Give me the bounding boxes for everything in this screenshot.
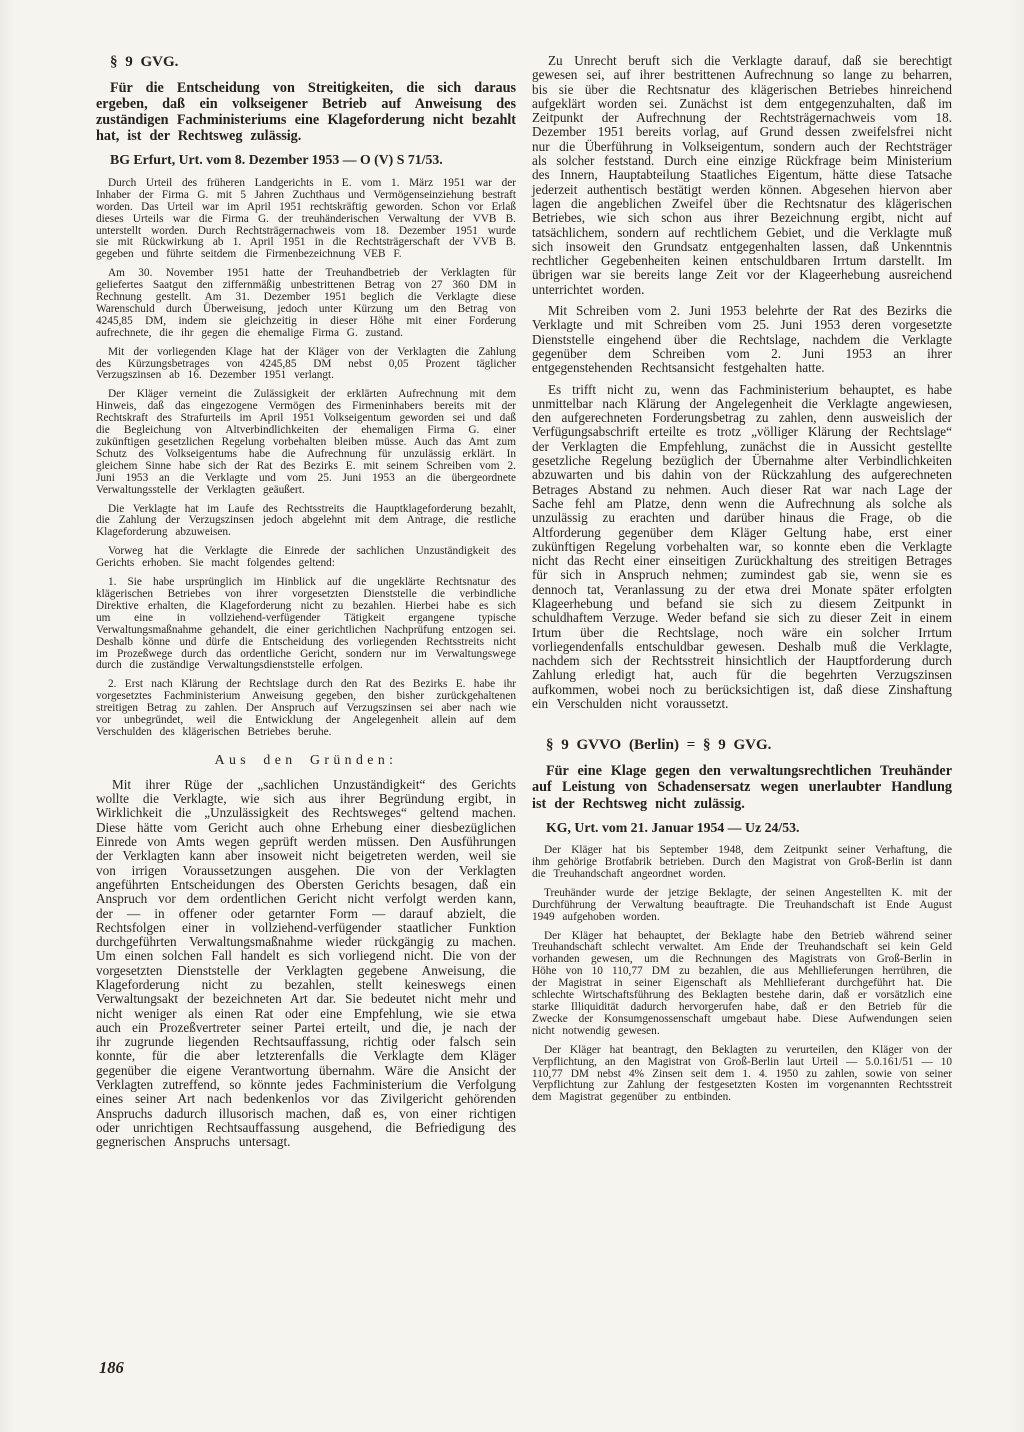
headnote-gvg: Für die Entscheidung von Streitigkeiten,… [96,80,516,144]
right-column: Zu Unrecht beruft sich die Verklagte dar… [532,54,952,1111]
reasons-continuation-block: Zu Unrecht beruft sich die Verklagte dar… [532,54,952,711]
reasons-paragraph: Mit ihrer Rüge der „sachlichen Unzuständ… [96,778,516,1150]
facts-paragraph: Der Kläger hat behauptet, der Beklagte h… [532,931,952,1038]
facts-paragraph: Der Kläger verneint die Zulässigkeit der… [96,389,516,496]
left-column: § 9 GVG. Für die Entscheidung von Streit… [96,54,516,1157]
facts-paragraph: Die Verklagte hat im Laufe des Rechtsstr… [96,504,516,540]
case-citation-kg: KG, Urt. vom 21. Januar 1954 — Uz 24/53. [532,820,952,836]
journal-page: § 9 GVG. Für die Entscheidung von Streit… [0,0,1024,1432]
facts-paragraph: Am 30. November 1951 hatte der Treuhandb… [96,268,516,339]
section-heading-gvvo: § 9 GVVO (Berlin) = § 9 GVG. [532,737,952,754]
facts-paragraph: Mit der vorliegenden Klage hat der Kläge… [96,347,516,383]
facts-paragraph: Der Kläger hat beantragt, den Beklagten … [532,1045,952,1105]
section-heading-gvg: § 9 GVG. [96,54,516,71]
facts-paragraph: Vorweg hat die Verklagte die Einrede der… [96,546,516,570]
reasons-paragraph: Mit Schreiben vom 2. Juni 1953 belehrte … [532,304,952,375]
reasons-heading: Aus den Gründen: [96,752,516,767]
page-number: 186 [99,1358,124,1378]
case-citation-bg-erfurt: BG Erfurt, Urt. vom 8. Dezember 1953 — O… [96,152,516,168]
facts-paragraph: Treuhänder wurde der jetzige Beklagte, d… [532,888,952,924]
facts-paragraph: Der Kläger hat bis September 1948, dem Z… [532,845,952,881]
facts-paragraph: 1. Sie habe ursprünglich im Hinblick auf… [96,577,516,672]
facts-block: Durch Urteil des früheren Landgerichts i… [96,178,516,739]
facts-paragraph: 2. Erst nach Klärung der Rechtslage durc… [96,679,516,739]
headnote-gvvo: Für eine Klage gegen den verwaltungsrech… [532,763,952,811]
reasons-paragraph: Es trifft nicht zu, wenn das Fachministe… [532,383,952,712]
reasons-paragraph: Zu Unrecht beruft sich die Verklagte dar… [532,54,952,297]
facts-block: Der Kläger hat bis September 1948, dem Z… [532,845,952,1104]
facts-paragraph: Durch Urteil des früheren Landgerichts i… [96,178,516,261]
